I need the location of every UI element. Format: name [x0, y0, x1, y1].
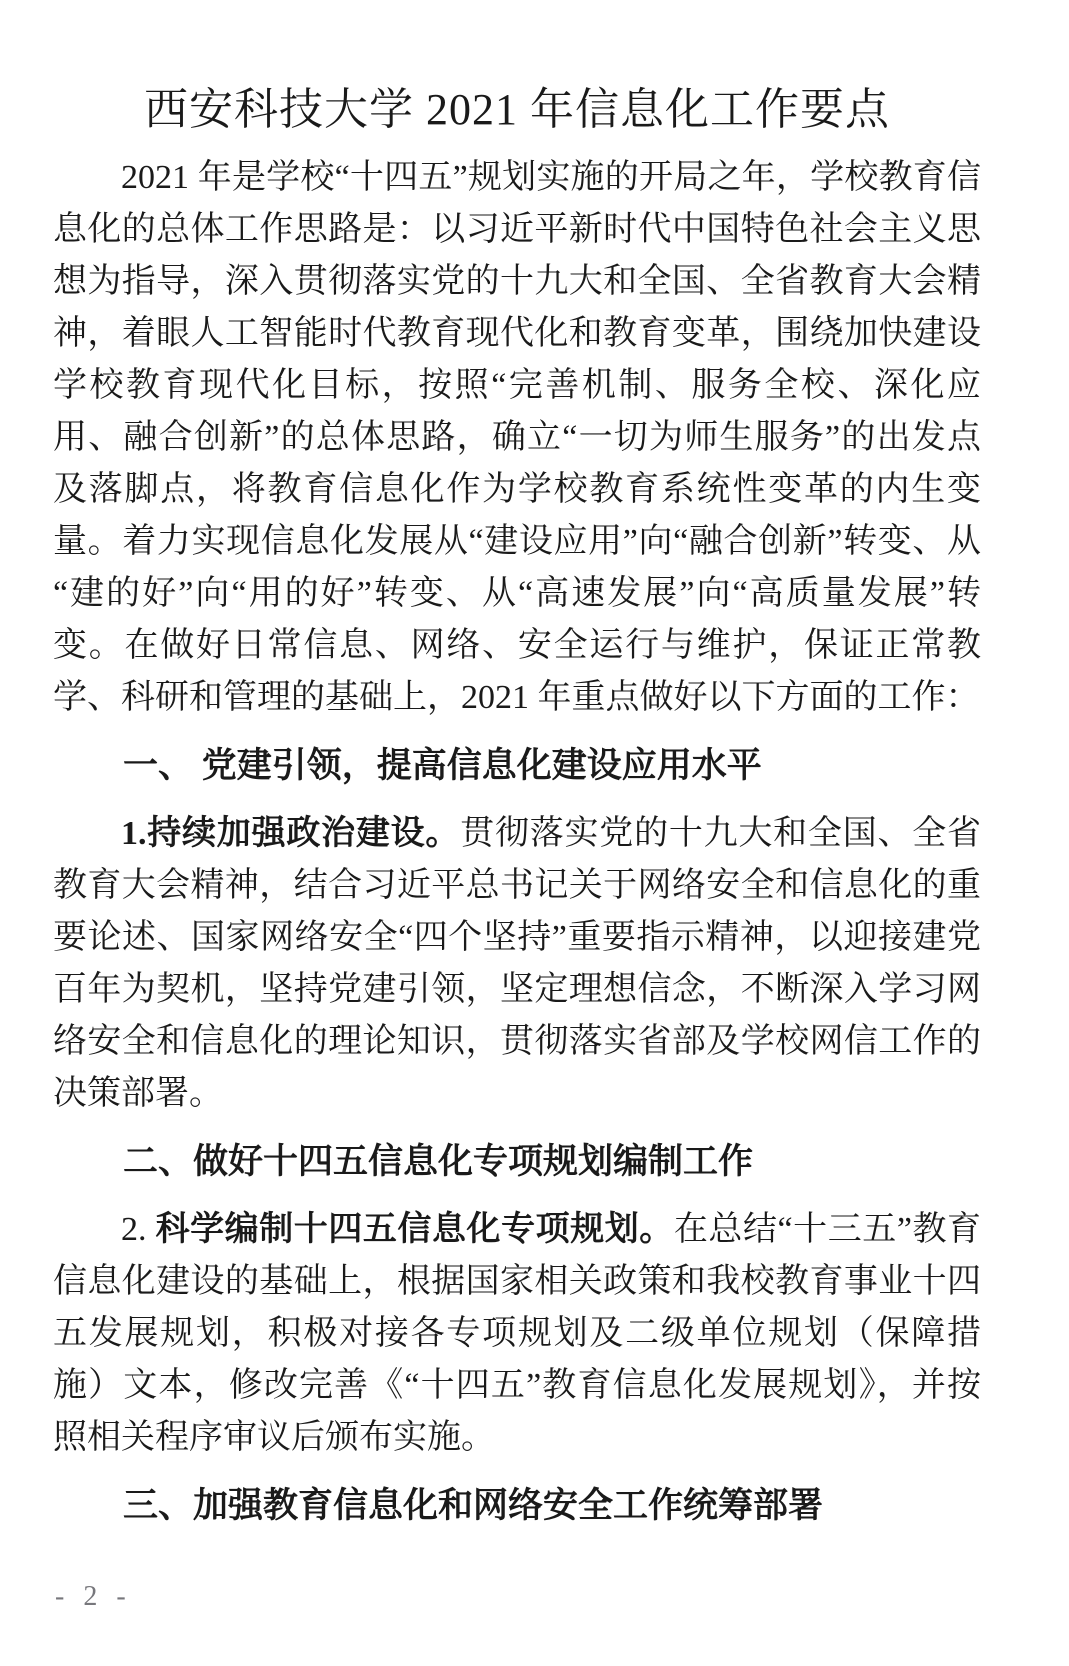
item-1-body-text: 贯彻落实党的十九大和全国、全省教育大会精神，结合习近平总书记关于网络安全和信息化… — [53, 815, 981, 1112]
section-heading-2: 二、做好十四五信息化专项规划编制工作 — [53, 1136, 981, 1188]
intro-paragraph: 2021 年是学校“十四五”规划实施的开局之年，学校教育信息化的总体工作思路是：… — [53, 152, 981, 724]
section-heading-1: 一、 党建引领，提高信息化建设应用水平 — [53, 740, 981, 792]
document-title: 西安科技大学 2021 年信息化工作要点 — [53, 80, 981, 140]
section-heading-3: 三、加强教育信息化和网络安全工作统筹部署 — [53, 1480, 981, 1532]
document-page: 西安科技大学 2021 年信息化工作要点 2021 年是学校“十四五”规划实施的… — [0, 0, 1069, 1666]
page-number: - 2 - — [53, 1580, 981, 1614]
item-1-lead-sentence: 1.持续加强政治建设。 — [121, 815, 460, 852]
item-2-lead-sentence: 科学编制十四五信息化专项规划。 — [156, 1211, 674, 1248]
item-paragraph-1: 1.持续加强政治建设。贯彻落实党的十九大和全国、全省教育大会精神，结合习近平总书… — [53, 808, 981, 1120]
item-2-number: 2. — [121, 1211, 156, 1248]
item-paragraph-2: 2. 科学编制十四五信息化专项规划。在总结“十三五”教育信息化建设的基础上，根据… — [53, 1204, 981, 1464]
